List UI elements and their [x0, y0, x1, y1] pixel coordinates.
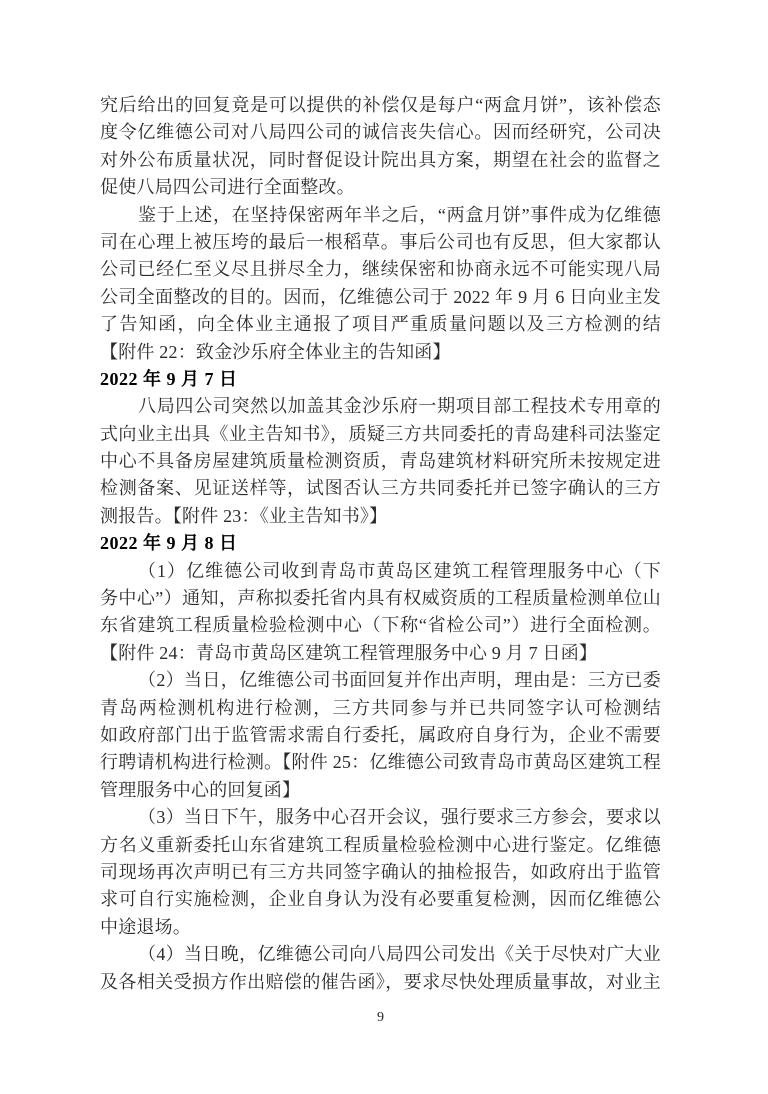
- text-line: 如政府部门出于监管需求需自行委托，属政府自身行为，企业不需要另: [100, 722, 661, 749]
- text-line: 管理服务中心的回复函】: [100, 777, 661, 804]
- text-line: 测报告。【附件 23：《业主告知书》】: [100, 503, 661, 530]
- text-line: 究后给出的回复竟是可以提供的补偿仅是每户“两盒月饼”，该补偿态: [100, 92, 661, 119]
- text-line: 求可自行实施检测，企业自身认为没有必要重复检测，因而亿维德公司: [100, 886, 661, 913]
- text-line: 对外公布质量状况，同时督促设计院出具方案，期望在社会的监督之下，: [100, 147, 661, 174]
- text-line: （4）当日晚，亿维德公司向八局四公司发出《关于尽快对广大业主: [100, 941, 661, 968]
- document-page: 究后给出的回复竟是可以提供的补偿仅是每户“两盒月饼”，该补偿态度令亿维德公司对八…: [0, 0, 768, 1094]
- text-line: 东省建筑工程质量检验检测中心（下称“省检公司”）进行全面检测。: [100, 612, 661, 639]
- text-line: 公司已经仁至义尽且拼尽全力，继续保密和协商永远不可能实现八局四: [100, 256, 661, 283]
- text-line: 务中心”）通知，声称拟委托省内具有权威资质的工程质量检测单位山: [100, 585, 661, 612]
- page-number: 9: [100, 1010, 661, 1026]
- text-line: 【附件 22：致金沙乐府全体业主的告知函】: [100, 339, 661, 366]
- text-line: （3）当日下午，服务中心召开会议，强行要求三方参会，要求以三: [100, 804, 661, 831]
- text-line: 【附件 24：青岛市黄岛区建筑工程管理服务中心 9 月 7 日函】: [100, 640, 661, 667]
- text-line: 行聘请机构进行检测。【附件 25：亿维德公司致青岛市黄岛区建筑工程: [100, 749, 661, 776]
- text-line: 及各相关受损方作出赔偿的催告函》，要求尽快处理质量事故，对业主: [100, 969, 661, 996]
- page-body: 究后给出的回复竟是可以提供的补偿仅是每户“两盒月饼”，该补偿态度令亿维德公司对八…: [100, 92, 661, 996]
- text-line: 检测备案、见证送样等，试图否认三方共同委托并已签字确认的三方检: [100, 475, 661, 502]
- text-line: 2022 年 9 月 8 日: [100, 530, 661, 557]
- text-line: 中途退场。: [100, 914, 661, 941]
- text-line: 中心不具备房屋建筑质量检测资质，青岛建筑材料研究所未按规定进行: [100, 448, 661, 475]
- text-line: 司现场再次声明已有三方共同签字确认的抽检报告，如政府出于监管需: [100, 859, 661, 886]
- text-line: 公司全面整改的目的。因而，亿维德公司于 2022 年 9 月 6 日向业主发送: [100, 284, 661, 311]
- text-line: 八局四公司突然以加盖其金沙乐府一期项目部工程技术专用章的形: [100, 393, 661, 420]
- text-line: 式向业主出具《业主告知书》，质疑三方共同委托的青岛建科司法鉴定: [100, 421, 661, 448]
- text-line: 了告知函，向全体业主通报了项目严重质量问题以及三方检测的结果。: [100, 311, 661, 338]
- text-line: 青岛两检测机构进行检测，三方共同参与并已共同签字认可检测结果，: [100, 695, 661, 722]
- text-line: 2022 年 9 月 7 日: [100, 366, 661, 393]
- text-line: 促使八局四公司进行全面整改。: [100, 174, 661, 201]
- text-line: （2）当日，亿维德公司书面回复并作出声明，理由是：三方已委托: [100, 667, 661, 694]
- text-line: 司在心理上被压垮的最后一根稻草。事后公司也有反思，但大家都认为: [100, 229, 661, 256]
- text-line: 方名义重新委托山东省建筑工程质量检验检测中心进行鉴定。亿维德公: [100, 832, 661, 859]
- text-line: 度令亿维德公司对八局四公司的诚信丧失信心。因而经研究，公司决定: [100, 119, 661, 146]
- text-line: 鉴于上述，在坚持保密两年半之后，“两盒月饼”事件成为亿维德公: [100, 202, 661, 229]
- text-line: （1）亿维德公司收到青岛市黄岛区建筑工程管理服务中心（下称“服: [100, 558, 661, 585]
